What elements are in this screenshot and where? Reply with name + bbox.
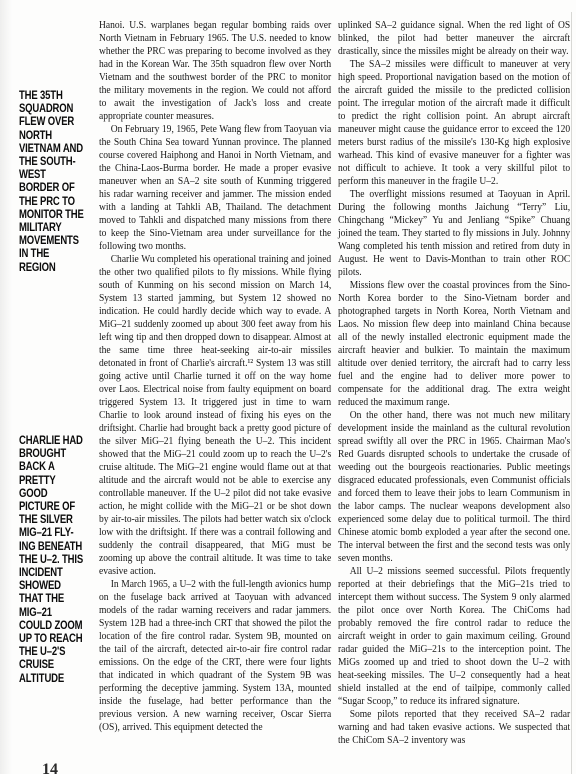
paragraph: Charlie Wu completed his operational tra… [99, 253, 331, 578]
paragraph: All U–2 missions seemed successful. Pilo… [338, 565, 570, 708]
paragraph: Hanoi. U.S. warplanes began regular bomb… [99, 19, 331, 123]
document-page: THE 35TH SQUADRON FLEW OVER NORTH VIETNA… [0, 0, 576, 774]
paragraph: The overflight missions resumed at Taoyu… [338, 188, 570, 279]
text-column-2: uplinked SA–2 guidance signal. When the … [338, 19, 570, 747]
paragraph: The SA–2 missiles were difficult to mane… [338, 58, 570, 188]
paragraph: In March 1965, a U–2 with the full-lengt… [99, 578, 331, 734]
text-column-1: Hanoi. U.S. warplanes began regular bomb… [99, 19, 331, 734]
scan-edge-line [571, 12, 572, 774]
pull-quote-1: THE 35TH SQUADRON FLEW OVER NORTH VIETNA… [19, 89, 99, 274]
paragraph: On the other hand, there was not much ne… [338, 409, 570, 565]
paragraph: Missions flew over the coastal provinces… [338, 279, 570, 409]
page-number: 14 [42, 761, 58, 774]
paragraph: uplinked SA–2 guidance signal. When the … [338, 19, 570, 58]
pull-quote-2: CHARLIE HAD BROUGHT BACK A PRETTY GOOD P… [19, 434, 99, 685]
paragraph: On February 19, 1965, Pete Wang flew fro… [99, 123, 331, 253]
paragraph: Some pilots reported that they received … [338, 708, 570, 747]
scan-gutter-shade [0, 0, 12, 774]
